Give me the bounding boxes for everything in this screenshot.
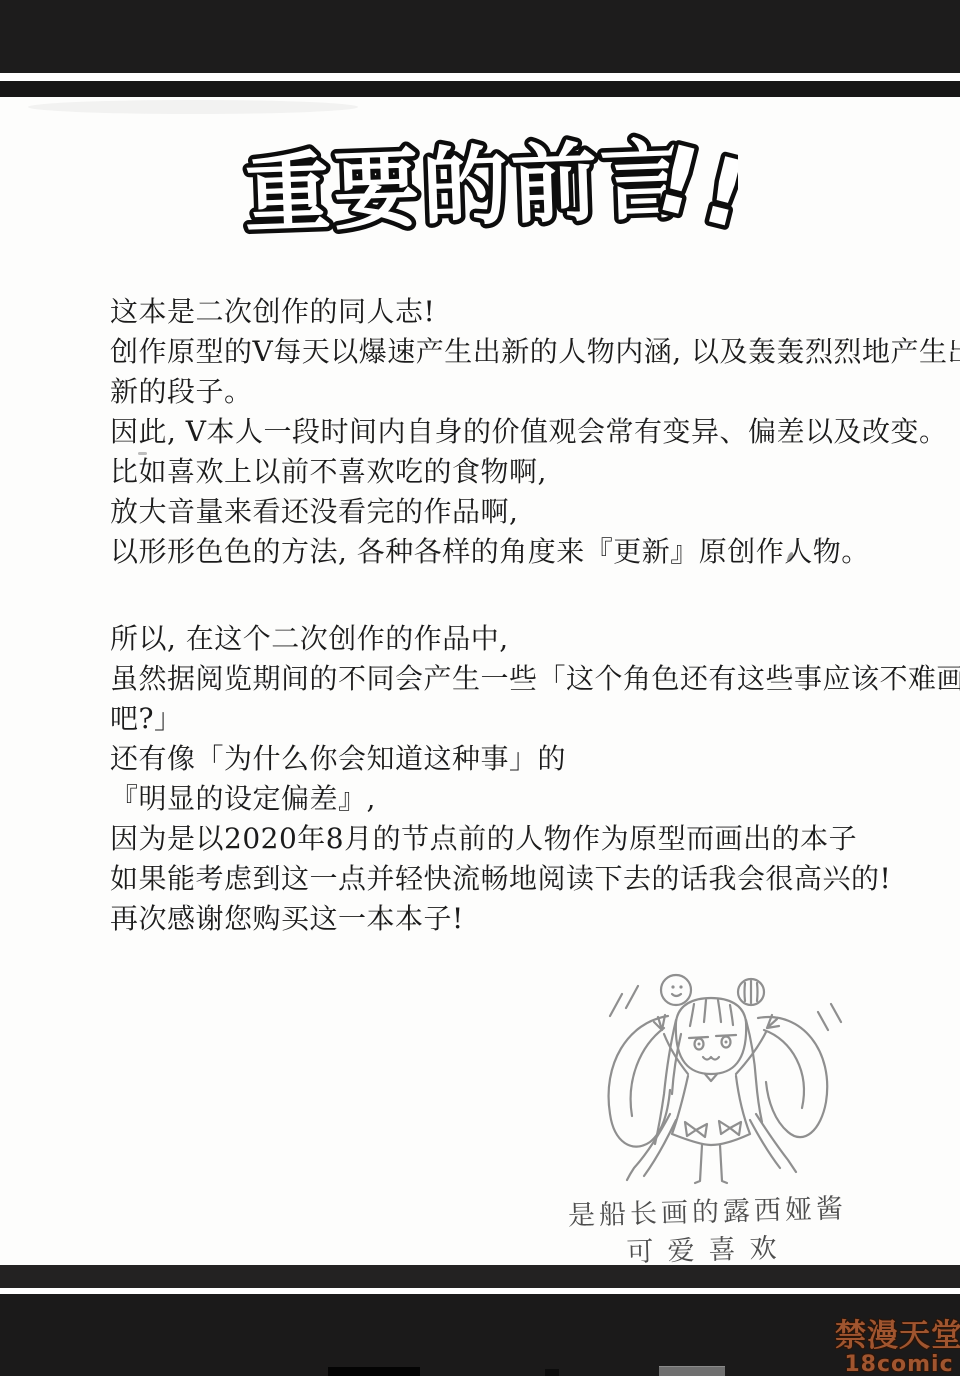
bottom-partial-element <box>545 1369 559 1376</box>
text-line: 比如喜欢上以前不喜欢吃的食物啊, <box>110 452 900 492</box>
handwritten-caption: 是船长画的露西娅酱 可爱喜欢 <box>557 1192 859 1272</box>
scanned-comic-page: 重要的前言 !! 这本是二次创作的同人志! 创作原型的V每天以爆速产生出新的人物… <box>0 0 960 1376</box>
text-line: 吧?」 <box>110 699 900 739</box>
text-line: 因此, V本人一段时间内自身的价值观会常有变异、偏差以及改变。 <box>110 412 900 452</box>
bottom-partial-button <box>659 1366 725 1376</box>
text-line: 虽然据阅览期间的不同会产生一些「这个角色还有这些事应该不难画 <box>110 659 900 699</box>
paragraph-2: 所以, 在这个二次创作的作品中, 虽然据阅览期间的不同会产生一些「这个角色还有这… <box>110 619 900 939</box>
caption-line-1: 是船长画的露西娅酱 <box>557 1192 858 1234</box>
page-title: 重要的前言 !! <box>238 116 738 246</box>
text-line: 如果能考虑到这一点并轻快流畅地阅读下去的话我会很高兴的! <box>110 859 900 899</box>
text-line: 『明显的设定偏差』, <box>110 779 900 819</box>
text-line: 再次感谢您购买这一本本子! <box>110 899 900 939</box>
site-watermark: 禁漫天堂 18comic <box>824 1320 960 1376</box>
paragraph-1: 这本是二次创作的同人志! 创作原型的V每天以爆速产生出新的人物内涵, 以及轰轰烈… <box>110 292 900 572</box>
motion-line-icon <box>610 994 622 1016</box>
chibi-character-sketch <box>555 962 865 1202</box>
top-black-strip <box>0 81 960 97</box>
text-line: 因为是以2020年8月的节点前的人物作为原型而画出的本子 <box>110 819 900 859</box>
watermark-site-name: 禁漫天堂 <box>824 1320 960 1353</box>
bottom-dark-band <box>0 1265 960 1288</box>
text-line: 放大音量来看还没看完的作品啊, <box>110 492 900 532</box>
text-line: 还有像「为什么你会知道这种事」的 <box>110 739 900 779</box>
top-white-separator <box>0 73 960 81</box>
bottom-partial-thumbnail <box>328 1367 420 1376</box>
scan-smudge <box>28 100 358 114</box>
text-line: 以形形色色的方法, 各种各样的角度来『更新』原创作人物。 <box>110 532 900 572</box>
text-line: 所以, 在这个二次创作的作品中, <box>110 619 900 659</box>
text-line: 新的段子。 <box>110 372 900 412</box>
text-line: 创作原型的V每天以爆速产生出新的人物内涵, 以及轰轰烈烈地产生出 <box>110 332 900 372</box>
top-black-band <box>0 0 960 73</box>
text-line: 这本是二次创作的同人志! <box>110 292 900 332</box>
watermark-site-id: 18comic <box>824 1353 960 1376</box>
page-title-text: 重要的前言 <box>243 130 691 245</box>
bottom-black-band <box>0 1294 960 1376</box>
preface-text: 这本是二次创作的同人志! 创作原型的V每天以爆速产生出新的人物内涵, 以及轰轰烈… <box>110 292 900 939</box>
